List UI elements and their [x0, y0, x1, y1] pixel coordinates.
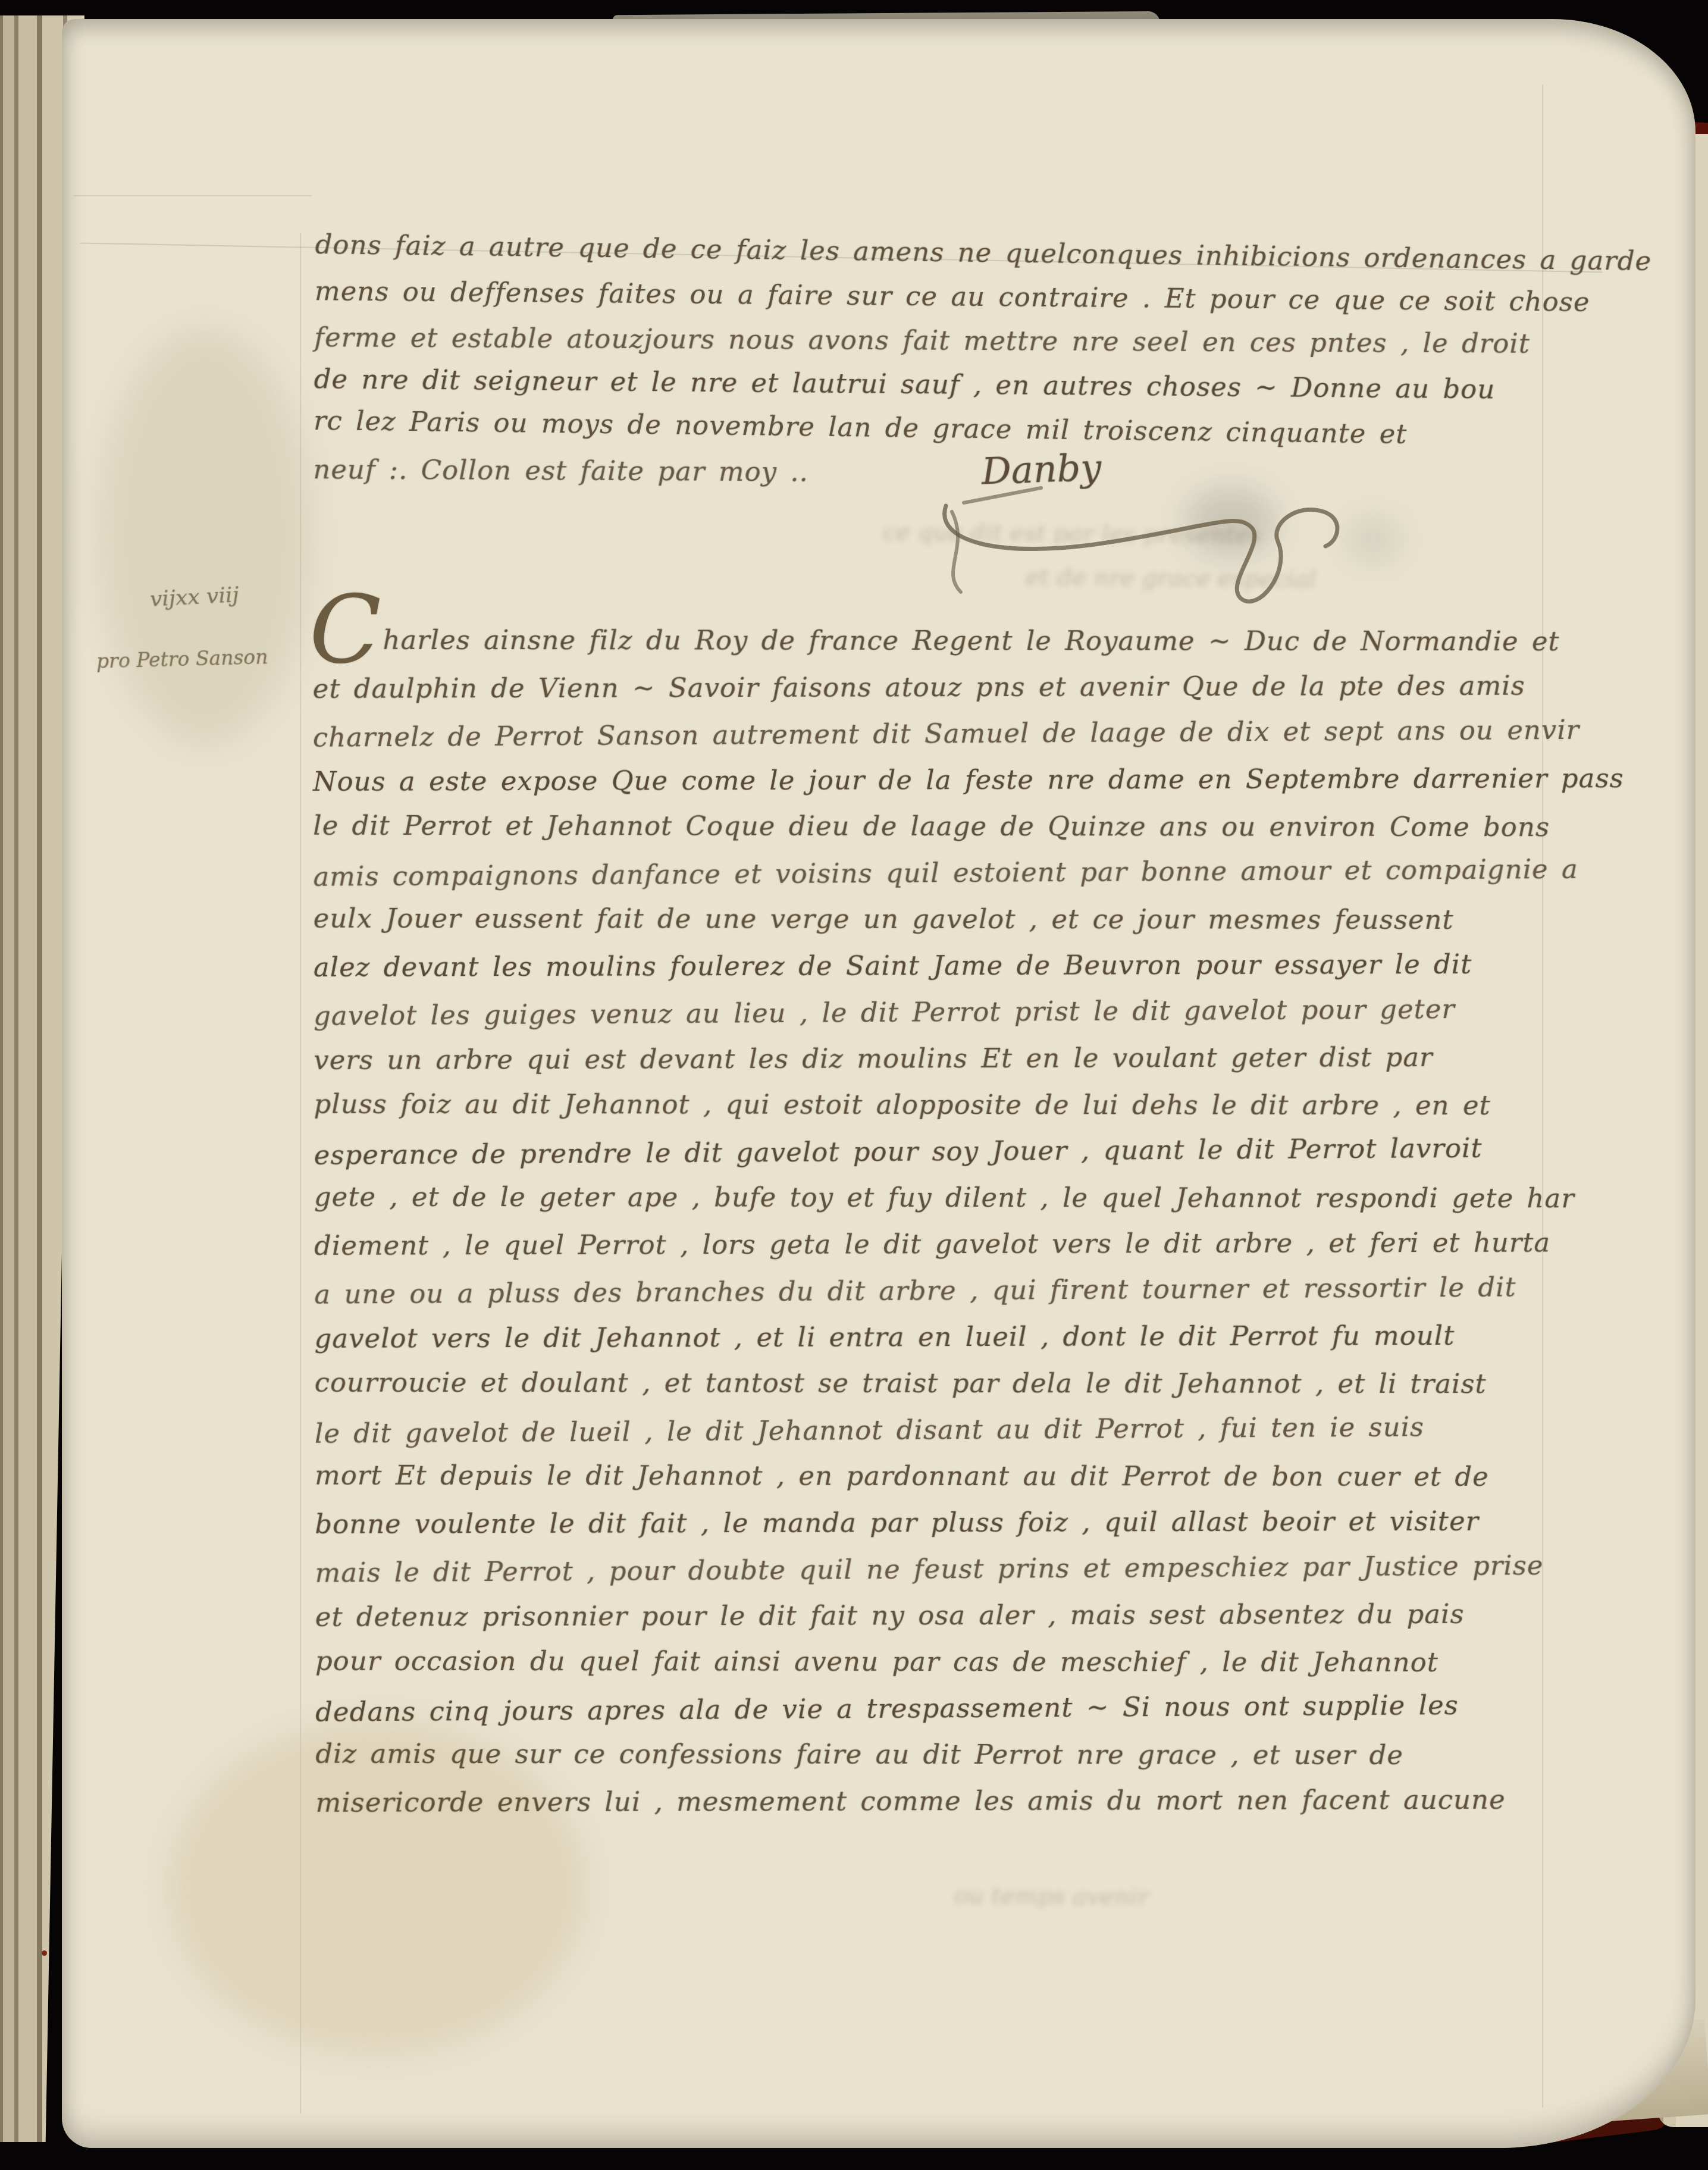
main-entry-paragraph: harles ainsne filz du Roy de france Rege… — [312, 616, 1626, 1826]
manuscript-text-line: diz amis que sur ce confessions faire au… — [315, 1731, 1626, 1779]
manuscript-text-line: diement , le quel Perrot , lors geta le … — [314, 1219, 1625, 1269]
manuscript-text-line: harles ainsne filz du Roy de france Rege… — [312, 617, 1624, 665]
manuscript-text-line: et detenuz prisonnier pour le dit fait n… — [315, 1590, 1626, 1640]
manuscript-text-line: esperance de prendre le dit gavelot pour… — [314, 1124, 1625, 1178]
parchment-stain-top-left — [98, 328, 312, 745]
manuscript-text-line: alez devant les moulins foulerez de Sain… — [314, 941, 1625, 991]
manuscript-text-line: gete , et de le geter ape , bufe toy et … — [314, 1174, 1625, 1222]
manuscript-text-line: Nous a este expose Que come le jour de l… — [313, 755, 1624, 805]
signature-paraph-flourish — [928, 470, 1440, 625]
manuscript-text-line: mort Et depuis le dit Jehannot , en pard… — [315, 1452, 1626, 1501]
manuscript-text-line: misericorde envers lui , mesmement comme… — [315, 1776, 1626, 1826]
manuscript-text-line: courroucie et doulant , et tantost se tr… — [315, 1360, 1626, 1408]
manuscript-text-line: pluss foiz au dit Jehannot , qui estoit … — [314, 1081, 1625, 1129]
manuscript-text-line: vers un arbre qui est devant les diz mou… — [314, 1034, 1625, 1084]
manuscript-text-line: eulx Jouer eussent fait de une verge un … — [314, 895, 1625, 944]
manuscript-photo: { "document": { "kind": "Bound parchment… — [0, 0, 1708, 2170]
manuscript-text-line: charnelz de Perrot Sanson autrement dit … — [313, 706, 1624, 760]
manuscript-text-line: amis compaignons danfance et voisins qui… — [313, 846, 1624, 900]
red-ink-speck — [42, 1950, 47, 1956]
manuscript-text-line: gavelot vers le dit Jehannot , et li ent… — [314, 1312, 1625, 1362]
manuscript-text-line: gavelot les guiges venuz au lieu , le di… — [314, 985, 1625, 1039]
manuscript-text-line: bonne voulente le dit fait , le manda pa… — [315, 1498, 1626, 1548]
margin-note-folio-number: vijxx viij — [149, 582, 240, 612]
margin-note-pro-petro-sanson: pro Petro Sanson — [96, 645, 268, 673]
manuscript-text-line: a une ou a pluss des branches du dit arb… — [314, 1263, 1625, 1317]
gutter-ruled-line — [74, 195, 312, 196]
manuscript-text-line: dedans cinq jours apres ala de vie a tre… — [315, 1681, 1626, 1735]
showthrough-line: ou temps avenir — [954, 1875, 1149, 1918]
manuscript-text-line: et daulphin de Vienn ~ Savoir faisons at… — [313, 662, 1624, 712]
manuscript-text-line: mais le dit Perrot , pour doubte quil ne… — [315, 1542, 1626, 1596]
manuscript-text-line: le dit Perrot et Jehannot Coque dieu de … — [313, 803, 1624, 851]
manuscript-text-line: le dit gavelot de lueil , le dit Jehanno… — [315, 1402, 1626, 1457]
manuscript-text-line: pour occasion du quel fait ainsi avenu p… — [315, 1638, 1626, 1686]
